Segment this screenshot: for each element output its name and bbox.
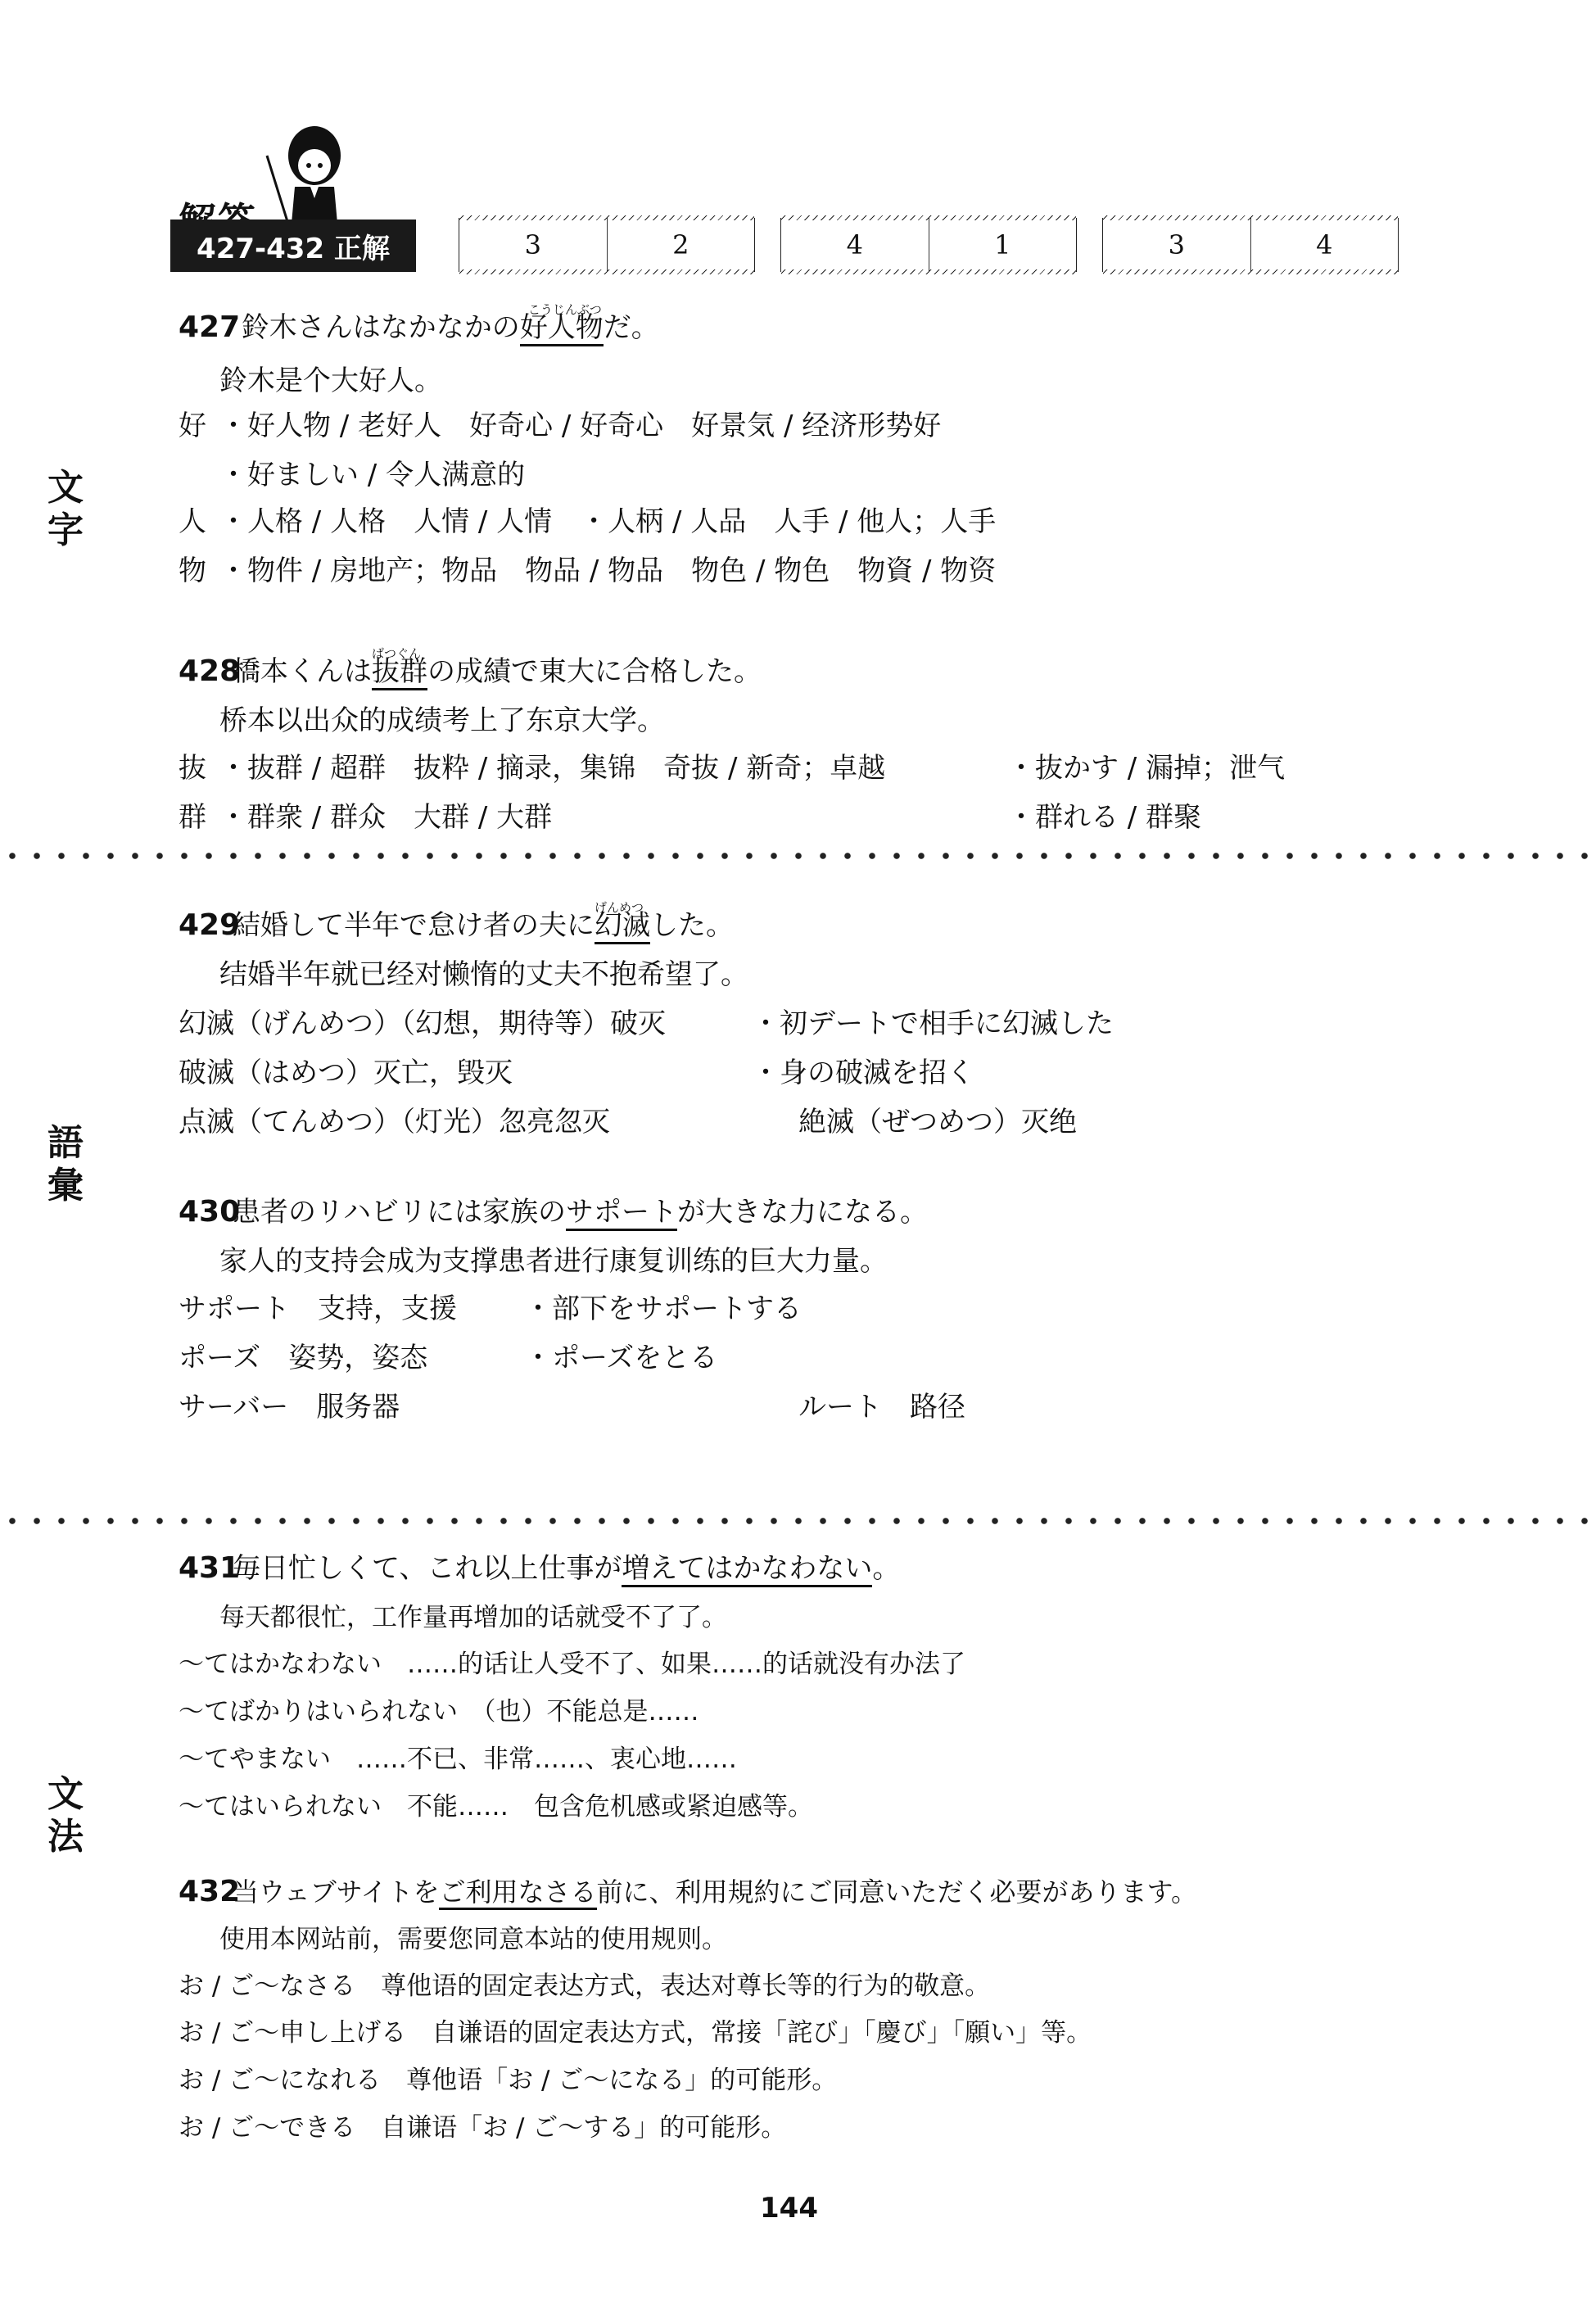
grammar-entry: お / ご〜なさる 尊他语的固定表达方式，表达对尊长等的行为的敬意。 (179, 1970, 990, 2003)
page-number: 144 (760, 2192, 818, 2225)
section-label-bunpou: 文法 (45, 1773, 86, 1858)
answer-427: 3 (459, 218, 607, 272)
question-430: 430患者のリハビリには家族のサポートが大きな力になる。 (179, 1196, 928, 1229)
section-label-moji: 文字 (45, 467, 86, 552)
entry-row: 人・人格 / 人格 人情 / 人情 ・人柄 / 人品 人手 / 他人；人手 (179, 505, 996, 538)
grammar-entry: 〜てばかりはいられない （也）不能总是…… (179, 1695, 699, 1728)
dotted-divider (0, 852, 1596, 860)
target-word: こうじんぶつ好人物 (520, 311, 604, 346)
entry-right: ルート 路径 (798, 1391, 965, 1424)
question-428: 428橋本くんはばつぐん抜群の成績で東大に合格した。 (179, 655, 762, 688)
entry-text: ・好ましい / 令人满意的 (219, 459, 525, 491)
entry-left: ポーズ 姿势，姿态 (179, 1342, 427, 1374)
answer-428: 2 (607, 218, 755, 272)
translation: 桥本以出众的成绩考上了东京大学。 (219, 704, 665, 737)
target-word: げんめつ幻滅 (595, 909, 650, 944)
entry-row: 好・好人物 / 老好人 好奇心 / 好奇心 好景気 / 经济形势好 (179, 410, 941, 442)
entry-text: ・好人物 / 老好人 好奇心 / 好奇心 好景気 / 经济形势好 (219, 410, 941, 442)
grammar-entry: 〜てはかなわない ……的话让人受不了、如果……的话就没有办法了 (179, 1648, 965, 1681)
grammar-entry: 〜てはいられない 不能…… 包含危机感或紧迫感等。 (179, 1790, 813, 1823)
translation: 每天都很忙，工作量再增加的话就受不了了。 (219, 1601, 727, 1634)
translation: 使用本网站前，需要您同意本站的使用规则。 (219, 1923, 727, 1956)
entry-text: ・物件 / 房地产；物品 物品 / 物品 物色 / 物色 物資 / 物资 (219, 554, 996, 587)
answer-group-3: 3 4 (1102, 218, 1399, 272)
entry-left: サーバー 服务器 (179, 1391, 400, 1424)
entry-kanji: 好 (179, 410, 219, 442)
question-number: 427 (179, 311, 233, 344)
dotted-divider (0, 1517, 1596, 1525)
ruby: こうじんぶつ (528, 293, 602, 326)
question-427: 427 鈴木さんはなかなかのこうじんぶつ好人物だ。 (179, 311, 659, 344)
entry-right: 絶滅（ぜつめつ）灭绝 (798, 1106, 1077, 1138)
entry-left: サポート 支持，支援 (179, 1292, 457, 1325)
answer-range-label: 427-432 正解 (170, 220, 416, 272)
translation: 鈴木是个大好人。 (219, 364, 442, 397)
target-word: ご利用なさる (439, 1876, 596, 1910)
translation: 结婚半年就已经对懒惰的丈夫不抱希望了。 (219, 958, 748, 991)
sentence-text: 鈴木さんはなかなかの (242, 311, 520, 344)
question-429: 429結婚して半年で怠け者の夫にげんめつ幻滅した。 (179, 909, 734, 942)
answer-430: 1 (929, 218, 1077, 272)
entry-right: ・抜かす / 漏掉；泄气 (1007, 752, 1285, 785)
entry-right: ・群れる / 群聚 (1007, 801, 1201, 834)
section-label-goi: 語彙 (45, 1122, 86, 1207)
answer-429: 4 (781, 218, 929, 272)
grammar-entry: お / ご〜できる 自谦语「お / ご〜する」的可能形。 (179, 2112, 786, 2144)
answer-431: 3 (1103, 218, 1250, 272)
target-word: 増えてはかなわない (622, 1552, 872, 1587)
answer-group-2: 4 1 (780, 218, 1077, 272)
sentence-text: だ。 (604, 311, 659, 344)
target-word: サポート (566, 1196, 677, 1231)
entry-row: 群・群衆 / 群众 大群 / 大群 (179, 801, 552, 834)
grammar-entry: お / ご〜になれる 尊他语「お / ご〜になる」的可能形。 (179, 2064, 837, 2097)
grammar-entry: お / ご〜申し上げる 自谦语的固定表达方式，常接「詫び」「慶び」「願い」等。 (179, 2016, 1092, 2049)
answer-432: 4 (1250, 218, 1399, 272)
entry-right: ・初デートで相手に幻滅した (752, 1007, 1114, 1040)
entry-row: 抜・抜群 / 超群 抜粋 / 摘录，集锦 奇抜 / 新奇；卓越 (179, 752, 885, 785)
answer-group-1: 3 2 (459, 218, 755, 272)
entry-text: ・人格 / 人格 人情 / 人情 ・人柄 / 人品 人手 / 他人；人手 (219, 505, 996, 538)
entry-left: 点滅（てんめつ）（灯光）忽亮忽灭 (179, 1106, 610, 1138)
entry-left: 破滅（はめつ）灭亡，毁灭 (179, 1057, 513, 1089)
entry-right: ・部下をサポートする (524, 1292, 802, 1325)
entry-right: ・ポーズをとる (524, 1342, 717, 1374)
question-number: 428 (179, 655, 233, 688)
entry-right: ・身の破滅を招く (752, 1057, 974, 1089)
question-431: 431毎日忙しくて、これ以上仕事が増えてはかなわない。 (179, 1552, 900, 1585)
question-432: 432当ウェブサイトをご利用なさる前に、利用規約にご同意いただく必要があります。 (179, 1876, 1197, 1908)
translation: 家人的支持会成为支撑患者进行康复训练的巨大力量。 (219, 1245, 888, 1278)
entry-left: 幻滅（げんめつ）（幻想，期待等）破灭 (179, 1007, 666, 1040)
target-word: ばつぐん抜群 (372, 655, 427, 690)
entry-row: ・好ましい / 令人满意的 (179, 459, 525, 491)
grammar-entry: 〜てやまない ……不已、非常……、衷心地…… (179, 1743, 737, 1776)
entry-row: 物・物件 / 房地产；物品 物品 / 物品 物色 / 物色 物資 / 物资 (179, 554, 996, 587)
